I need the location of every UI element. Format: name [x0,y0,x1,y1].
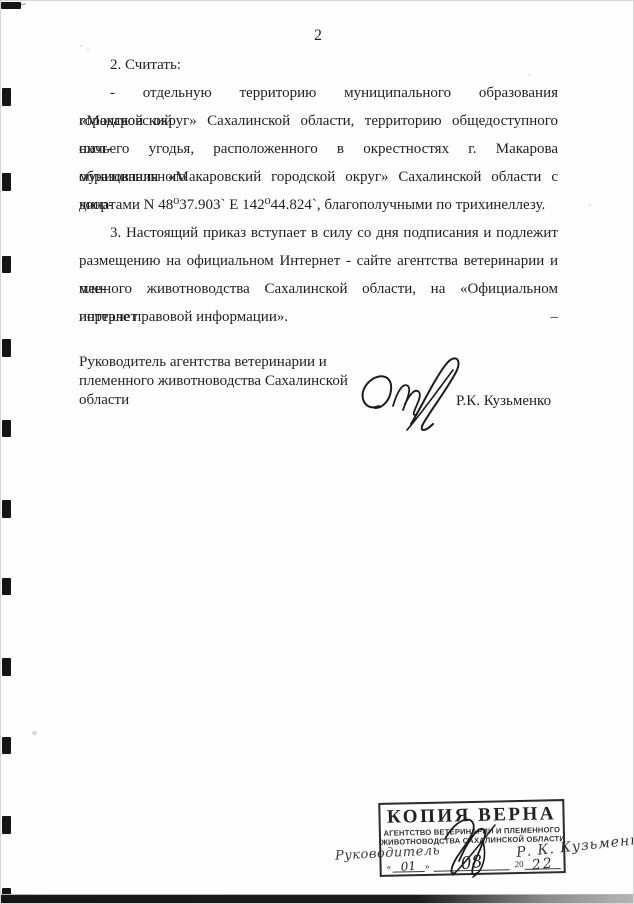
signature-icon [353,348,465,432]
scan-artifact-mark [2,339,11,357]
signatory-title-line: племенного животноводства Сахалинской [79,372,379,391]
scan-artifact-mark [2,578,11,595]
signatory-name: Р.К. Кузьменко [456,393,551,410]
scan-artifact-mark [2,420,11,437]
scan-artifact-mark [2,88,11,106]
text-line: 2. Считать: [79,51,558,79]
document-body: 2. Считать: - отдельную территорию муниц… [79,51,558,331]
scan-artifact-mark [2,500,11,518]
scan-artifact-mark [2,658,11,676]
scan-speck [87,48,89,50]
signatory-title: Руководитель агентства ветеринарии и пле… [79,353,379,410]
scan-bottom-edge [1,895,633,903]
signatory-title-line: области [79,391,379,410]
scan-artifact-mark [2,816,11,834]
text-line: - отдельную территорию муниципального об… [79,79,558,107]
stamp-signature-icon [425,811,510,879]
text-line: ничьего угодья, расположенного в окрестн… [79,135,558,163]
scan-speck [589,204,591,206]
text-line: менного животноводства Сахалинской облас… [79,275,558,303]
scanned-document-page: 2 2. Считать: - отдельную территорию мун… [0,0,634,904]
scan-squiggle [1,1,31,11]
text-line: размещению на официальном Интернет - сай… [79,247,558,275]
text-line: образования «Макаровский городской округ… [79,163,558,191]
scan-speck [80,45,82,47]
text-line: 3. Настоящий приказ вступает в силу со д… [79,219,558,247]
page-number: 2 [1,27,634,45]
scan-artifact-mark [2,737,11,754]
text-line: динатами N 48⁰37.903` Е 142⁰44.824`, бла… [79,191,558,219]
handwritten-day: 01 [400,859,416,874]
scan-artifact-mark [2,173,11,191]
scan-artifact-mark [2,256,11,273]
text-line: городской округ» Сахалинской области, те… [79,107,558,135]
scan-speck [32,731,37,735]
signatory-title-line: Руководитель агентства ветеринарии и [79,353,379,372]
